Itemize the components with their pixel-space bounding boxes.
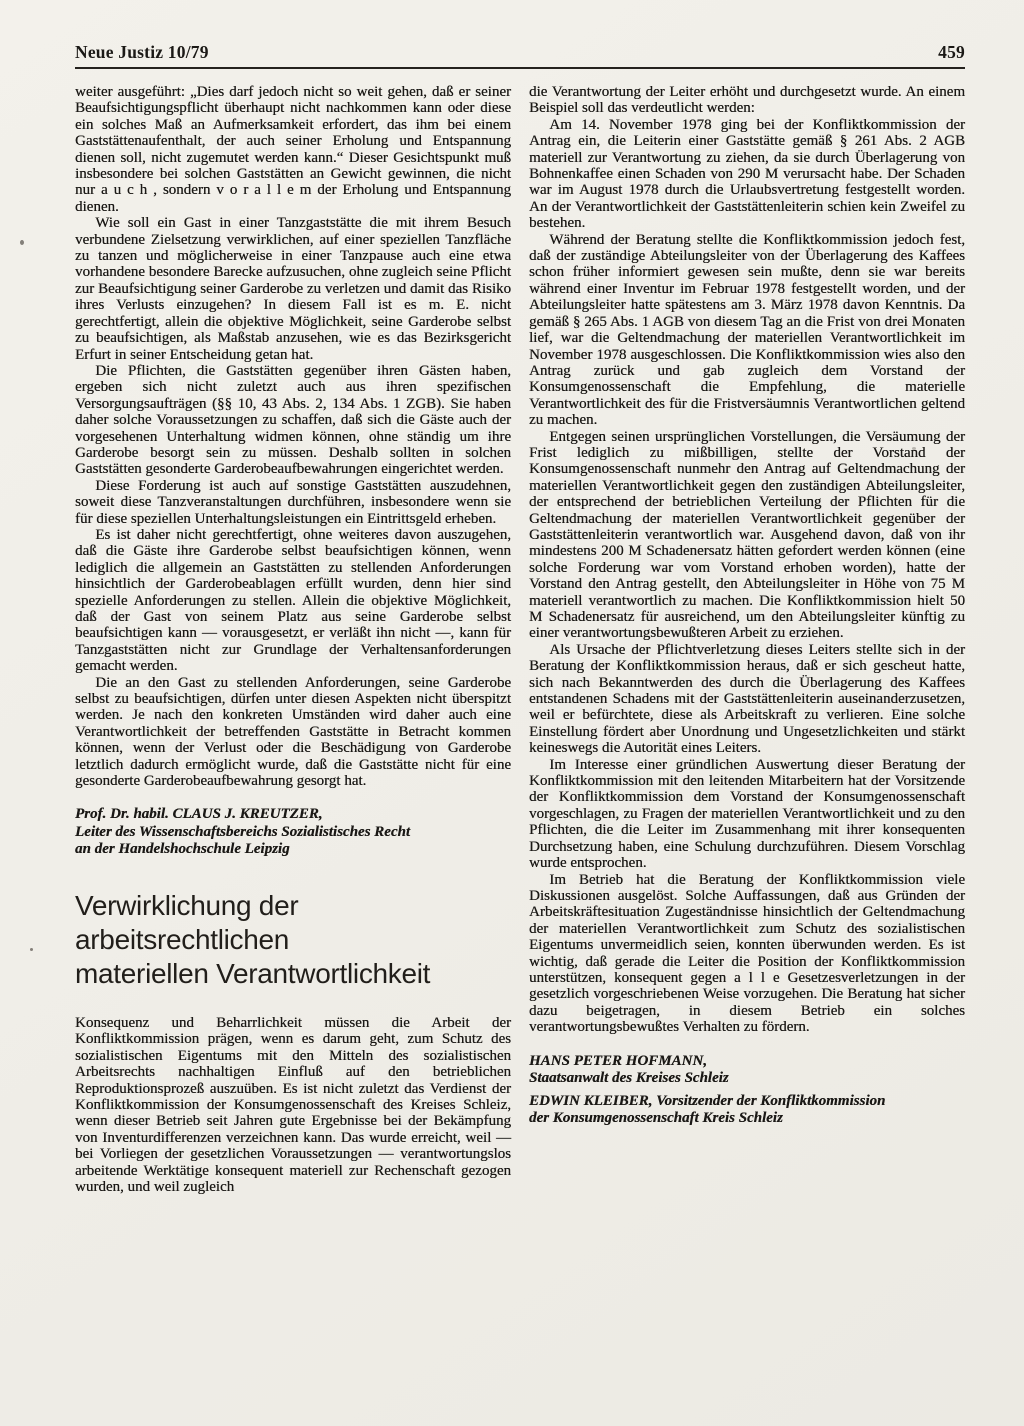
paragraph: die Verantwortung der Leiter erhöht und …: [529, 84, 965, 117]
paragraph: Es ist daher nicht gerechtfertigt, ohne …: [75, 527, 511, 675]
left-column: weiter ausgeführt: „Dies darf jedoch nic…: [75, 84, 511, 1386]
paragraph: Entgegen seinen ursprünglichen Vorstellu…: [529, 429, 965, 642]
right-column: die Verantwortung der Leiter erhöht und …: [529, 84, 965, 1386]
article-title-line: Verwirklichung der arbeitsrechtlichen: [75, 889, 511, 957]
paragraph: weiter ausgeführt: „Dies darf jedoch nic…: [75, 84, 511, 215]
author-block-article1: Prof. Dr. habil. CLAUS J. KREUTZER, Leit…: [75, 806, 511, 859]
journal-page: Neue Justiz 10/79 459 weiter ausgeführt:…: [0, 0, 1024, 1426]
author-line: Leiter des Wissenschaftsbereichs Soziali…: [75, 824, 511, 842]
paragraph: Am 14. November 1978 ging bei der Konfli…: [529, 117, 965, 232]
paragraph: Die an den Gast zu stellenden Anforderun…: [75, 675, 511, 790]
article-title: Verwirklichung der arbeitsrechtlichen ma…: [75, 889, 511, 991]
author-line: an der Handelshochschule Leipzig: [75, 841, 511, 859]
author-line: der Konsumgenossenschaft Kreis Schleiz: [529, 1110, 965, 1128]
author-line: Prof. Dr. habil. CLAUS J. KREUTZER,: [75, 806, 511, 824]
author-line: EDWIN KLEIBER, Vorsitzender der Konflikt…: [529, 1093, 965, 1111]
paragraph: Konsequenz und Beharrlichkeit müssen die…: [75, 1015, 511, 1195]
paragraph: Als Ursache der Pflichtverletzung dieses…: [529, 642, 965, 757]
page-number: 459: [938, 42, 965, 63]
page-header: Neue Justiz 10/79 459: [75, 42, 965, 63]
author-block-article2: HANS PETER HOFMANN, Staatsanwalt des Kre…: [529, 1053, 965, 1128]
author-line: HANS PETER HOFMANN,: [529, 1053, 965, 1071]
text-columns: weiter ausgeführt: „Dies darf jedoch nic…: [75, 84, 965, 1386]
paragraph: Während der Beratung stellte die Konflik…: [529, 232, 965, 429]
paragraph: Diese Forderung ist auch auf sonstige Ga…: [75, 478, 511, 527]
paragraph: Wie soll ein Gast in einer Tanzgaststätt…: [75, 215, 511, 363]
scan-speck: [20, 240, 24, 245]
header-rule: [75, 67, 965, 69]
author-line: Staatsanwalt des Kreises Schleiz: [529, 1070, 965, 1088]
journal-title: Neue Justiz 10/79: [75, 42, 209, 63]
article-title-line: materiellen Verantwortlichkeit: [75, 957, 511, 991]
paragraph: Im Betrieb hat die Beratung der Konflikt…: [529, 872, 965, 1036]
scan-speck: [30, 948, 33, 951]
paragraph: Im Interesse einer gründlichen Auswertun…: [529, 757, 965, 872]
paragraph: Die Pflichten, die Gaststätten gegenüber…: [75, 363, 511, 478]
